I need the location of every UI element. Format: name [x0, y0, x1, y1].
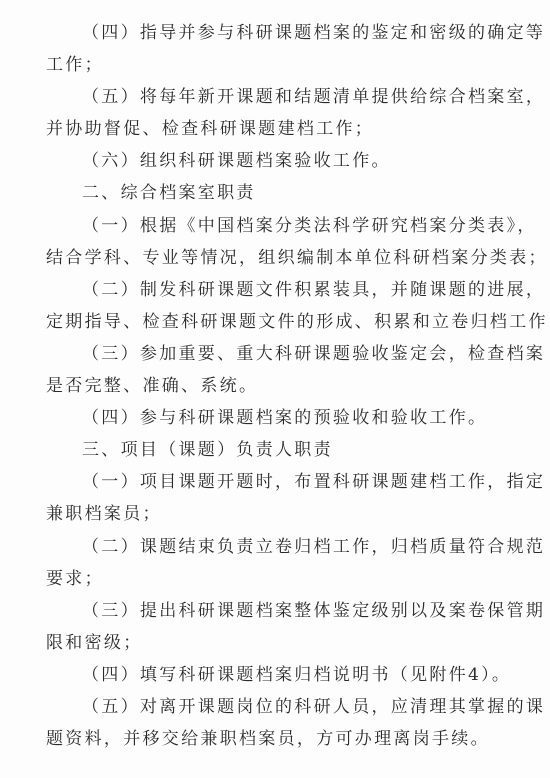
text-line: （二）课题结束负责立卷归档工作，归档质量符合规范 — [46, 531, 486, 563]
document-body: （四）指导并参与科研课题档案的鉴定和密级的确定等 工作； （五）将每年新开课题和… — [46, 17, 486, 755]
text-line: 限和密级； — [46, 627, 486, 659]
text-line: （一）项目课题开题时，布置科研课题建档工作，指定 — [46, 466, 486, 498]
text-line: （四）参与科研课题档案的预验收和验收工作。 — [46, 402, 486, 434]
text-line: 工作； — [46, 49, 486, 81]
text-line: 题资料，并移交给兼职档案员，方可办理离岗手续。 — [46, 723, 486, 755]
text-line: （四）填写科研课题档案归档说明书（见附件4）。 — [46, 659, 486, 691]
section-heading: 二、综合档案室职责 — [46, 177, 486, 209]
text-line: 并协助督促、检查科研课题建档工作； — [46, 113, 486, 145]
section-heading: 三、项目（课题）负责人职责 — [46, 434, 486, 466]
text-line: 兼职档案员； — [46, 498, 486, 530]
text-line: （四）指导并参与科研课题档案的鉴定和密级的确定等 — [46, 17, 486, 49]
document-page: （四）指导并参与科研课题档案的鉴定和密级的确定等 工作； （五）将每年新开课题和… — [0, 0, 550, 778]
text-line: （五）对离开课题岗位的科研人员，应清理其掌握的课 — [46, 691, 486, 723]
text-line: （三）提出科研课题档案整体鉴定级别以及案卷保管期 — [46, 595, 486, 627]
text-line: （五）将每年新开课题和结题清单提供给综合档案室， — [46, 81, 486, 113]
text-line: 是否完整、准确、系统。 — [46, 370, 486, 402]
text-line: （二）制发科研课题文件积累装具，并随课题的进展， — [46, 274, 486, 306]
text-line: （六）组织科研课题档案验收工作。 — [46, 145, 486, 177]
text-line: 要求； — [46, 563, 486, 595]
text-line: 定期指导、检查科研课题文件的形成、积累和立卷归档工作； — [46, 306, 486, 338]
text-line: （三）参加重要、重大科研课题验收鉴定会，检查档案 — [46, 338, 486, 370]
text-line: 结合学科、专业等情况，组织编制本单位科研档案分类表； — [46, 242, 486, 274]
text-line: （一）根据《中国档案分类法科学研究档案分类表》， — [46, 210, 486, 242]
